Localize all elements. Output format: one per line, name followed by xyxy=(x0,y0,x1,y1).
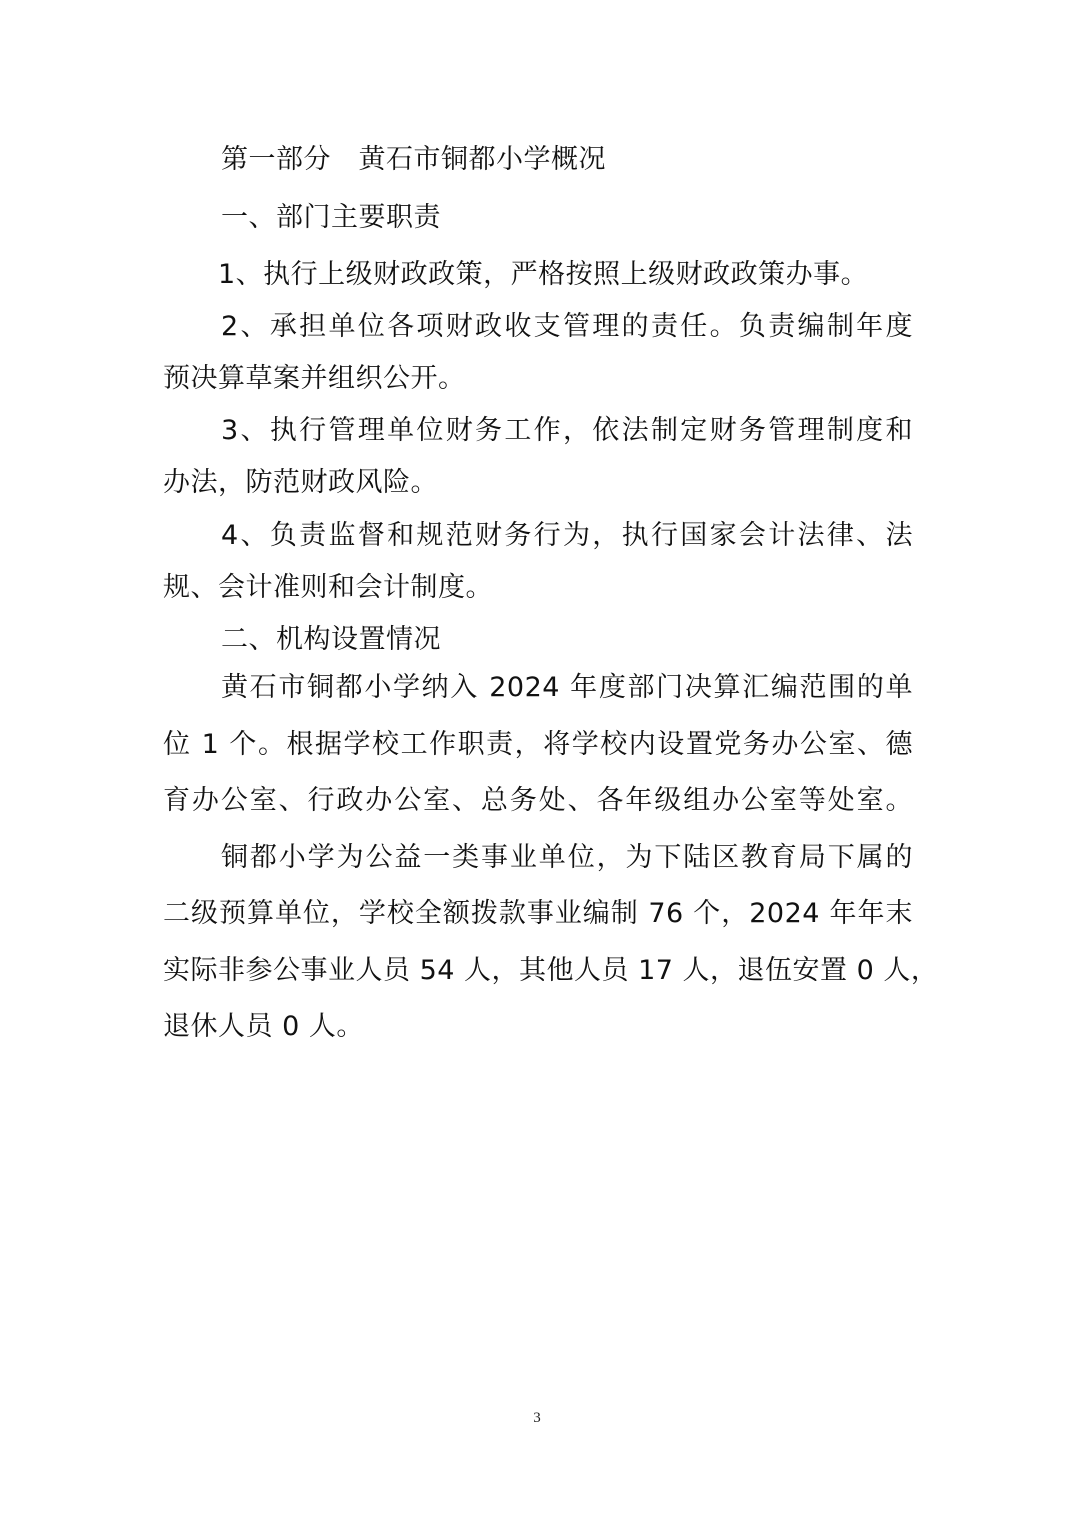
section-heading-organization: 二、机构设置情况 xyxy=(221,622,913,658)
section-heading-responsibilities: 一、部门主要职责 xyxy=(221,200,913,236)
responsibility-item-1: 1、执行上级财政政策，严格按照上级财政政策办事。 xyxy=(218,257,968,293)
page-number: 3 xyxy=(0,1410,1074,1427)
organization-paragraph-2-line-2: 二级预算单位，学校全额拨款事业编制 76 个，2024 年年末 xyxy=(163,896,913,932)
document-page: 第一部分 黄石市铜都小学概况 一、部门主要职责 1、执行上级财政政策，严格按照上… xyxy=(0,0,1074,1520)
responsibility-item-3-continuation: 办法，防范财政风险。 xyxy=(163,465,913,501)
responsibility-item-3: 3、执行管理单位财务工作，依法制定财务管理制度和 xyxy=(221,413,913,449)
organization-paragraph-1-line-2: 位 1 个。根据学校工作职责，将学校内设置党务办公室、德 xyxy=(163,727,913,763)
responsibility-item-2: 2、承担单位各项财政收支管理的责任。负责编制年度 xyxy=(221,309,913,345)
part-title: 第一部分 黄石市铜都小学概况 xyxy=(221,142,913,178)
organization-paragraph-2-line-3: 实际非参公事业人员 54 人，其他人员 17 人，退伍安置 0 人， xyxy=(163,953,913,989)
responsibility-item-2-continuation: 预决算草案并组织公开。 xyxy=(163,361,913,397)
organization-paragraph-1-line-1: 黄石市铜都小学纳入 2024 年度部门决算汇编范围的单 xyxy=(221,670,913,706)
organization-paragraph-1-line-3: 育办公室、行政办公室、总务处、各年级组办公室等处室。 xyxy=(163,783,913,819)
responsibility-item-4: 4、负责监督和规范财务行为，执行国家会计法律、法 xyxy=(221,518,913,554)
organization-paragraph-2-line-4: 退休人员 0 人。 xyxy=(163,1009,913,1045)
responsibility-item-4-continuation: 规、会计准则和会计制度。 xyxy=(163,570,913,606)
organization-paragraph-2-line-1: 铜都小学为公益一类事业单位，为下陆区教育局下属的 xyxy=(221,840,913,876)
